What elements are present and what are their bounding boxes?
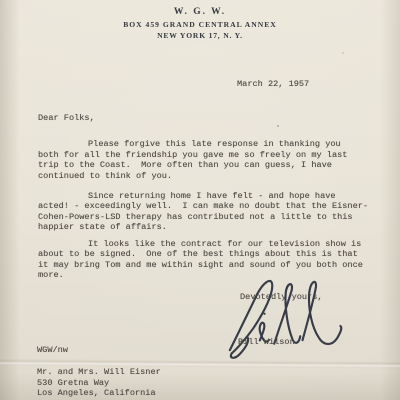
text-line: It looks like the contract for our telev…	[38, 239, 363, 250]
text-line: happier state of affairs.	[38, 222, 368, 233]
text-line: it may bring Tom and me within sight and…	[38, 260, 363, 271]
salutation: Dear Folks,	[38, 113, 95, 124]
text-line: Cohen-Powers-LSD therapy has contributed…	[38, 212, 368, 223]
body-paragraph-1: Please forgive this late response in tha…	[38, 139, 347, 182]
letterhead-address-line1: BOX 459 GRAND CENTRAL ANNEX	[0, 20, 400, 29]
text-line: Since returning home I have felt - and h…	[38, 191, 368, 202]
text-line: continued to think of you.	[38, 171, 347, 182]
handwritten-signature	[212, 273, 348, 364]
body-paragraph-2: Since returning home I have felt - and h…	[38, 191, 368, 234]
text-line: Please forgive this late response in tha…	[38, 139, 347, 150]
text-line: both for all the friendship you gave me …	[38, 150, 347, 161]
date-line: March 22, 1957	[237, 79, 309, 90]
text-line: Mr. and Mrs. Will Eisner	[37, 367, 161, 378]
text-line: about to be signed. One of the best thin…	[38, 249, 363, 260]
letterhead-address-line2: NEW YORK 17, N. Y.	[0, 31, 400, 40]
text-line: acted! - exceedingly well. I can make no…	[38, 201, 368, 212]
text-line: trip to the Coast. More often than you c…	[38, 160, 347, 171]
typist-reference: WGW/nw	[37, 345, 68, 356]
recipient-address: Mr. and Mrs. Will Eisner530 Gretna WayLo…	[37, 367, 161, 399]
paper-speck	[277, 125, 279, 127]
letter-photo: W. G. W. BOX 459 GRAND CENTRAL ANNEX NEW…	[0, 0, 400, 400]
paper-speck	[342, 52, 344, 54]
text-line: 530 Gretna Way	[37, 378, 161, 389]
typed-signature: Bill Wilson	[238, 337, 295, 348]
text-line: Los Angeles, California	[37, 388, 161, 399]
letterhead-initials: W. G. W.	[0, 7, 400, 17]
